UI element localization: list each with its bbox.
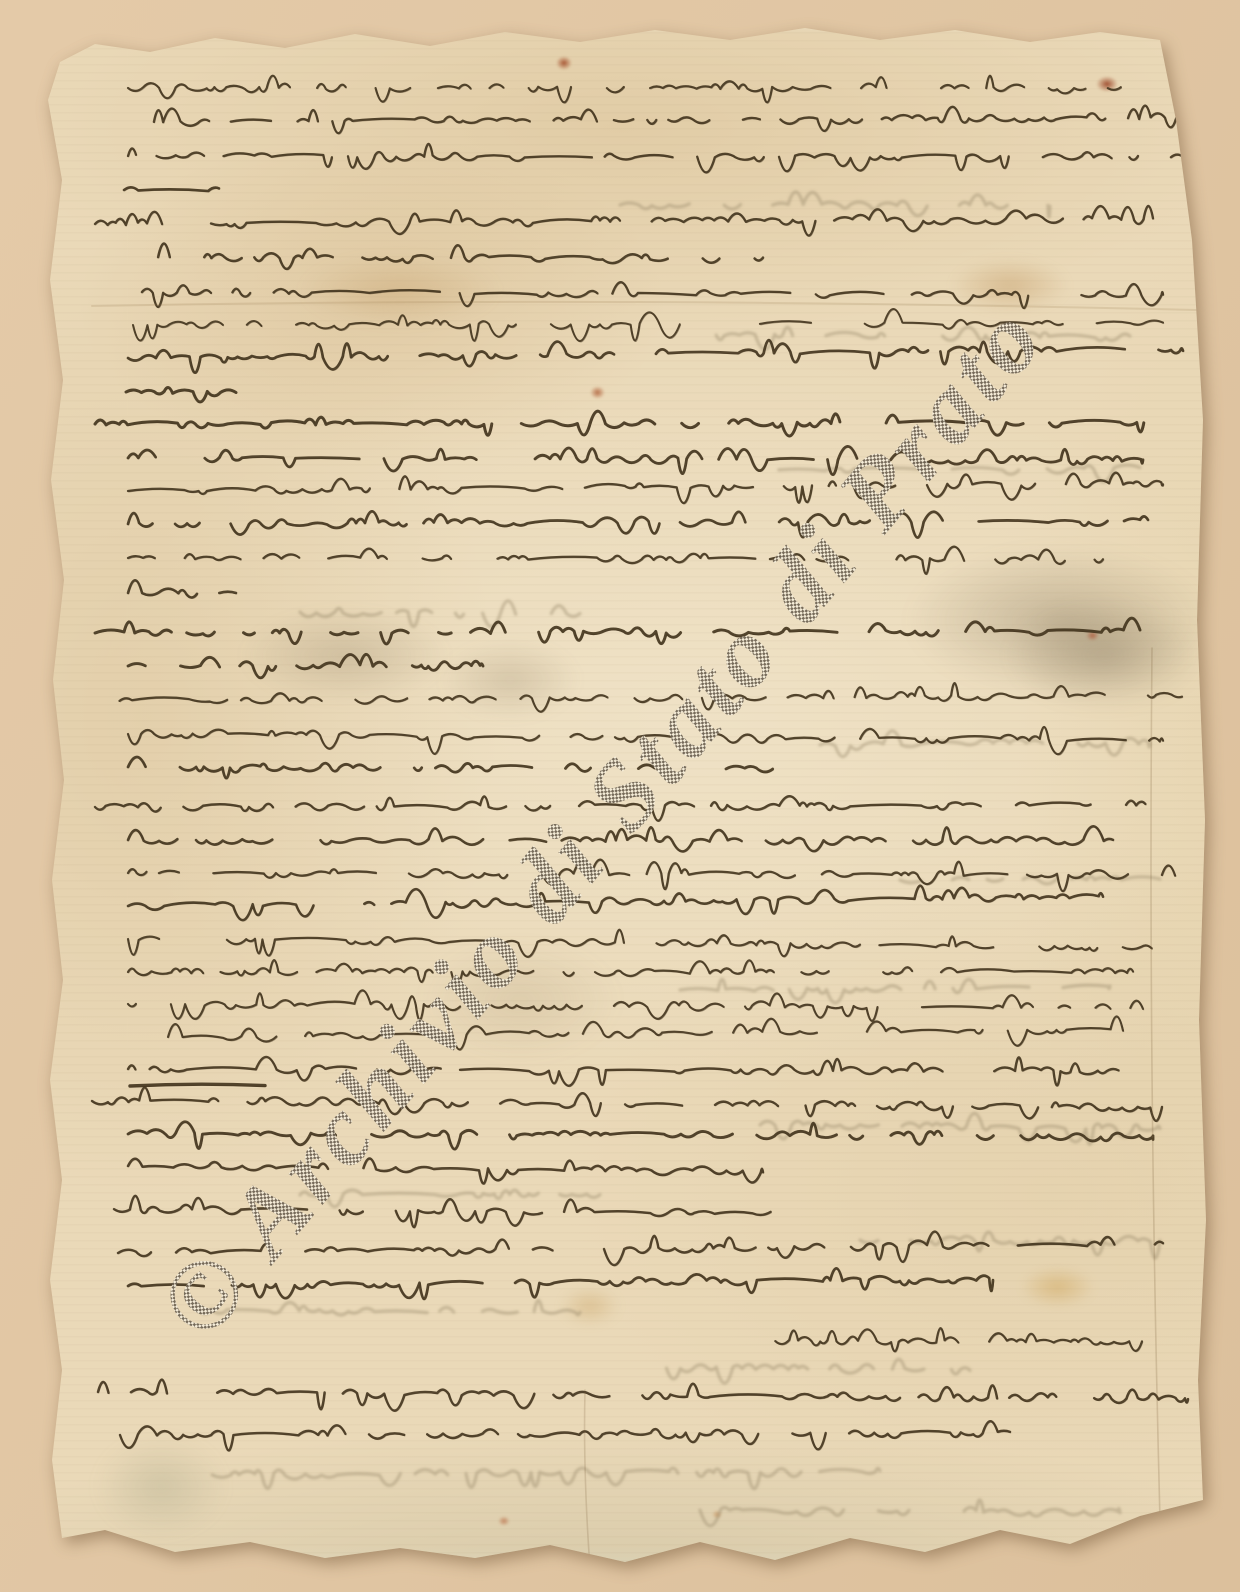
- verso-text-line: [212, 1468, 880, 1489]
- handwriting-line: [128, 654, 483, 677]
- handwriting-line-texture: [129, 1160, 764, 1185]
- verso-text-line: [680, 979, 1110, 1003]
- verso-text-line: [667, 1359, 971, 1383]
- handwriting-line-texture: [129, 77, 1122, 104]
- handwriting-line: [128, 1057, 1119, 1086]
- verso-text-line: [620, 192, 1050, 217]
- handwriting-line-texture: [121, 1422, 1011, 1451]
- handwriting-line: [128, 144, 1183, 172]
- handwriting-line: [154, 106, 1190, 134]
- handwriting-line-texture: [129, 548, 1104, 575]
- handwriting-line-texture: [129, 931, 1153, 958]
- handwriting-line-texture: [776, 1329, 1143, 1352]
- copyright-watermark-text: © Archivio di Stato di Prato: [137, 281, 1067, 1359]
- handwriting-line: [128, 446, 1143, 474]
- handwriting-line: [168, 1016, 1123, 1049]
- handwriting-line-texture: [129, 145, 1184, 173]
- handwriting-line: [95, 618, 1140, 644]
- handwriting-line: [92, 1087, 1162, 1120]
- verso-text-line: [820, 731, 1150, 757]
- paper-shadow: © Archivio di Stato di Prato: [0, 0, 1240, 1592]
- verso-text-line: [300, 601, 580, 627]
- handwriting-line-texture: [169, 1017, 1124, 1050]
- handwriting-line: [128, 547, 1103, 574]
- crease-line: [1151, 648, 1160, 1520]
- handwriting-line: [120, 1421, 1010, 1450]
- handwriting-line: [128, 886, 1103, 920]
- handwriting-line: [128, 1159, 763, 1184]
- crease-line: [92, 302, 1196, 310]
- handwriting-line: [128, 990, 1143, 1021]
- handwriting-line-texture: [129, 1058, 1120, 1087]
- handwriting-layer: © Archivio di Stato di Prato: [0, 0, 1240, 1592]
- manuscript-paper: © Archivio di Stato di Prato: [0, 0, 1240, 1592]
- handwriting-line: [98, 1380, 1188, 1411]
- handwriting-line: [128, 511, 1148, 537]
- scanned-manuscript: © Archivio di Stato di Prato: [0, 0, 1240, 1592]
- handwriting-line: [95, 206, 1153, 236]
- handwriting-line-texture: [129, 991, 1144, 1022]
- handwriting-line: [128, 860, 1175, 891]
- handwriting-line-texture: [129, 961, 1134, 985]
- verso-text-line: [700, 1500, 1120, 1526]
- handwriting-line-texture: [159, 245, 764, 270]
- handwriting-line: [128, 930, 1152, 957]
- fold-creases: [92, 302, 1196, 1568]
- crease-line: [585, 1390, 590, 1568]
